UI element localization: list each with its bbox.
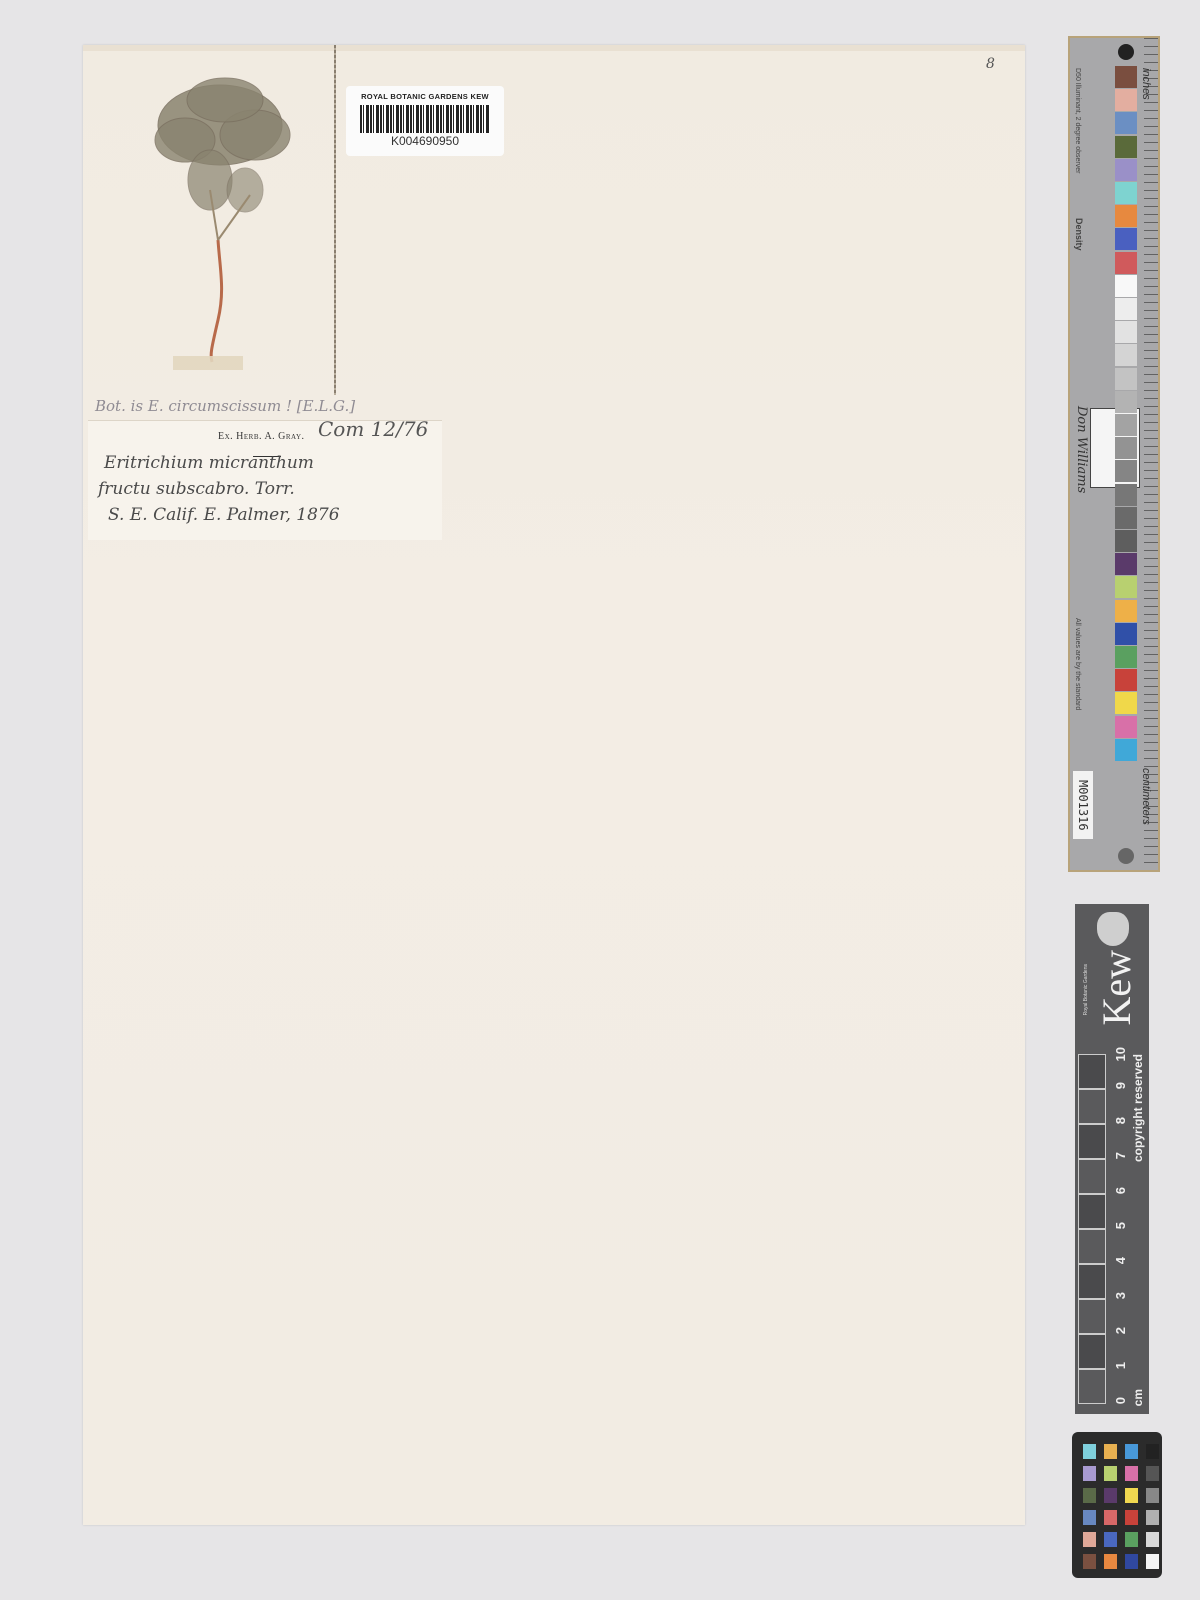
institution-name: ROYAL BOTANIC GARDENS KEW [346, 92, 504, 101]
ruler-ticks [1144, 38, 1158, 870]
color-swatch [1115, 669, 1137, 691]
scale-segment [1078, 1124, 1106, 1159]
scale-segment [1078, 1369, 1106, 1404]
checker-chip [1083, 1488, 1096, 1503]
scale-segment [1078, 1334, 1106, 1369]
checker-chip [1125, 1466, 1138, 1481]
color-swatch [1115, 344, 1137, 366]
color-swatch [1115, 182, 1137, 204]
scale-segment [1078, 1159, 1106, 1194]
scale-number: 6 [1113, 1187, 1128, 1194]
pressed-plant-specimen [140, 70, 300, 370]
color-swatch [1115, 553, 1137, 575]
scale-number: 0 [1113, 1397, 1128, 1404]
scale-number: 2 [1113, 1327, 1128, 1334]
color-swatch [1115, 112, 1137, 134]
kew-crest-icon [1097, 912, 1129, 946]
color-swatch [1115, 391, 1137, 413]
color-swatch [1115, 600, 1137, 622]
color-swatch [1115, 739, 1137, 761]
illuminant-note: D50 Illuminant, 2 degree observer [1074, 68, 1081, 173]
ruler-id: M001316 [1073, 771, 1093, 839]
cm-scale [1078, 1054, 1106, 1409]
scale-number: 7 [1113, 1152, 1128, 1159]
color-swatch [1115, 321, 1137, 343]
color-swatch [1115, 460, 1137, 482]
label-line-taxon: Eritrichium micranthum [104, 453, 314, 473]
color-swatch [1115, 368, 1137, 390]
checker-chip [1146, 1554, 1159, 1569]
color-swatch [1115, 228, 1137, 250]
color-swatch [1115, 437, 1137, 459]
scale-segment [1078, 1054, 1106, 1089]
checker-chip [1125, 1444, 1138, 1459]
color-swatch [1115, 159, 1137, 181]
checker-chip [1146, 1444, 1159, 1459]
sheet-edge [83, 45, 1025, 51]
color-swatch [1115, 136, 1137, 158]
checker-chip [1125, 1488, 1138, 1503]
mounting-tape [173, 356, 243, 370]
determination-annotation: Bot. is E. circumscissum ! [E.L.G.] [95, 397, 355, 415]
communicated-date: Com 12/76 [318, 417, 428, 441]
ruler-brand: Don Williams [1074, 406, 1089, 493]
label-line-locality: S. E. Calif. E. Palmer, 1876 [108, 505, 340, 525]
color-swatch [1115, 692, 1137, 714]
kew-logo: Kew [1097, 950, 1137, 1026]
color-swatch [1115, 623, 1137, 645]
scale-segment [1078, 1264, 1106, 1299]
color-swatch [1115, 205, 1137, 227]
checker-chip [1104, 1532, 1117, 1547]
herbarium-label: Ex. Herb. A. Gray. Com 12/76 Eritrichium… [88, 420, 442, 540]
checker-chip [1125, 1532, 1138, 1547]
copyright-notice: copyright reserved [1131, 1054, 1145, 1162]
barcode-icon [360, 105, 490, 133]
color-swatch [1115, 507, 1137, 529]
scale-number: 9 [1113, 1082, 1128, 1089]
color-swatch [1115, 484, 1137, 506]
label-line-description: fructu subscabro. Torr. [98, 479, 295, 499]
cm-unit-label: cm [1131, 1389, 1145, 1406]
checker-chip [1125, 1554, 1138, 1569]
folder-fold-line [334, 45, 336, 395]
scale-number: 8 [1113, 1117, 1128, 1124]
checker-chip [1083, 1444, 1096, 1459]
checker-chip [1146, 1488, 1159, 1503]
color-density-ruler: inches D50 Illuminant, 2 degree observer… [1068, 36, 1160, 872]
color-swatch [1115, 414, 1137, 436]
color-swatch [1115, 646, 1137, 668]
scale-segment [1078, 1089, 1106, 1124]
barcode-number: K004690950 [346, 134, 504, 148]
color-swatch [1115, 252, 1137, 274]
kew-subtitle: Royal Botanic Gardens [1083, 964, 1089, 1015]
scale-number: 10 [1113, 1047, 1128, 1061]
density-label: Density [1074, 218, 1084, 251]
kew-scale-bar: Kew Royal Botanic Gardens copyright rese… [1075, 904, 1149, 1414]
color-swatch [1115, 530, 1137, 552]
checker-chip [1104, 1554, 1117, 1569]
herbarium-header: Ex. Herb. A. Gray. [218, 431, 305, 442]
checker-chip [1146, 1510, 1159, 1525]
ruler-hole-top [1118, 44, 1134, 60]
scale-number: 1 [1113, 1362, 1128, 1369]
color-swatch [1115, 89, 1137, 111]
ruler-footer-note: All values are by the standard [1074, 618, 1081, 710]
scale-segment [1078, 1194, 1106, 1229]
checker-chip [1125, 1510, 1138, 1525]
color-swatch [1115, 66, 1137, 88]
scale-number: 3 [1113, 1292, 1128, 1299]
checker-chip [1083, 1510, 1096, 1525]
checker-chip [1083, 1466, 1096, 1481]
color-swatch [1115, 298, 1137, 320]
sheet-number: 8 [986, 56, 995, 72]
scale-number: 4 [1113, 1257, 1128, 1264]
checker-chip [1083, 1554, 1096, 1569]
checker-chip [1104, 1466, 1117, 1481]
checker-chip [1104, 1444, 1117, 1459]
color-swatch [1115, 716, 1137, 738]
scale-segment [1078, 1299, 1106, 1334]
checker-chip [1146, 1532, 1159, 1547]
scale-segment [1078, 1229, 1106, 1264]
scale-number: 5 [1113, 1222, 1128, 1229]
color-checker-card [1072, 1432, 1162, 1578]
checker-chip [1104, 1488, 1117, 1503]
ruler-hole-bottom [1118, 848, 1134, 864]
color-swatch [1115, 275, 1137, 297]
checker-chip [1083, 1532, 1096, 1547]
color-swatch [1115, 576, 1137, 598]
checker-chip [1104, 1510, 1117, 1525]
checker-chip [1146, 1466, 1159, 1481]
barcode-label: ROYAL BOTANIC GARDENS KEW K004690950 [346, 86, 504, 156]
